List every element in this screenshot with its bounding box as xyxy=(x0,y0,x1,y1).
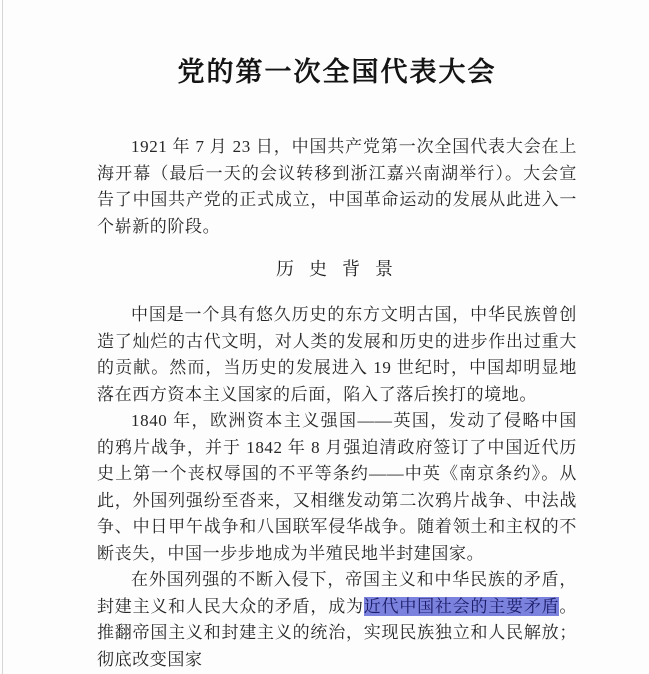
document-page: 党的第一次全国代表大会 1921 年 7 月 23 日，中国共产党第一次全国代表… xyxy=(0,0,649,674)
paragraph-opium-war: 1840 年，欧洲资本主义强国——英国，发动了侵略中国的鸦片战争，并于 1842… xyxy=(97,408,577,567)
section-heading-history-background: 历 史 背 景 xyxy=(97,256,577,282)
paragraph-principal-contradiction: 在外国列强的不断入侵下，帝国主义和中华民族的矛盾，封建主义和人民大众的矛盾，成为… xyxy=(97,567,577,673)
paragraph-ancient-civilization: 中国是一个具有悠久历史的东方文明古国，中华民族曾创造了灿烂的古代文明，对人类的发… xyxy=(97,302,577,408)
paragraph-congress-intro: 1921 年 7 月 23 日，中国共产党第一次全国代表大会在上海开幕（最后一天… xyxy=(97,134,577,240)
selected-text[interactable]: 近代中国社会的主要矛盾 xyxy=(364,597,560,616)
page-edge-line xyxy=(2,0,3,674)
page-content: 党的第一次全国代表大会 1921 年 7 月 23 日，中国共产党第一次全国代表… xyxy=(97,54,577,673)
page-title: 党的第一次全国代表大会 xyxy=(97,54,577,90)
